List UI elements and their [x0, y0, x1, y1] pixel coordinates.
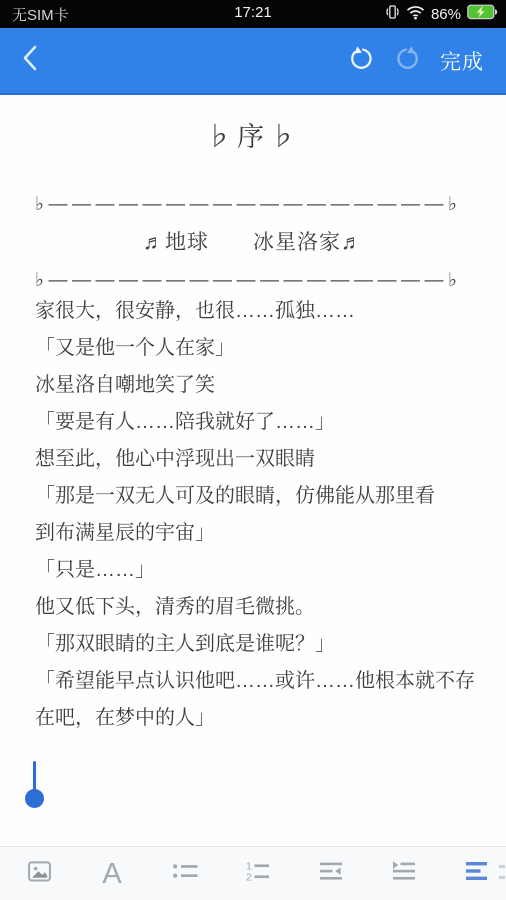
font-icon: A — [102, 859, 121, 889]
done-button[interactable]: 完成 — [430, 27, 506, 94]
battery-percent-label: 86% — [431, 6, 461, 23]
numbered-list-icon: 1 2 — [245, 859, 272, 888]
indent-icon — [391, 859, 417, 888]
cursor-drag-handle[interactable] — [25, 789, 44, 808]
align-left-button[interactable] — [462, 857, 492, 891]
bullet-list-button[interactable] — [170, 857, 200, 891]
text-line: 「那双眼睛的主人到底是谁呢？」 — [35, 626, 471, 663]
battery-charging-icon — [467, 4, 498, 24]
align-left-icon — [464, 859, 490, 888]
decorative-divider-top: ♭—————————————————♭ — [35, 193, 471, 217]
body-text: 家很大，很安静，也很……孤独…… 「又是他一个人在家」 冰星洛自嘲地笑了笑 「要… — [35, 293, 471, 737]
text-line: 到布满星辰的宇宙」 — [35, 515, 471, 552]
chapter-subtitle: ♬地球 冰星洛家♬ — [35, 229, 471, 257]
text-line: 家很大，很安静，也很……孤独…… — [35, 293, 471, 330]
wifi-icon — [406, 5, 425, 24]
text-line: 想至此，他心中浮现出一双眼睛 — [35, 441, 471, 478]
next-tool-partial-icon[interactable] — [499, 857, 506, 889]
num2-glyph: 2 — [246, 872, 252, 884]
outdent-button[interactable] — [316, 857, 346, 891]
insert-image-button[interactable] — [24, 857, 54, 891]
numbered-list-button[interactable]: 1 2 — [243, 857, 273, 891]
text-line: 冰星洛自嘲地笑了笑 — [35, 367, 471, 404]
back-chevron-icon — [21, 44, 39, 77]
editor-app-bar: 完成 — [0, 28, 506, 95]
text-line: 「又是他一个人在家」 — [35, 330, 471, 367]
vibrate-icon — [385, 4, 400, 25]
status-bar: 无SIM卡 17:21 86% — [0, 0, 506, 28]
undo-icon — [348, 45, 375, 77]
bullet-list-icon — [172, 859, 199, 888]
format-toolbar: A 1 2 — [0, 846, 506, 900]
text-line: 「那是一双无人可及的眼睛，仿佛能从那里看 — [35, 478, 471, 515]
redo-button[interactable] — [384, 27, 430, 94]
text-line: 「要是有人……陪我就好了……」 — [35, 404, 471, 441]
chapter-title: ♭序♭ — [35, 121, 471, 153]
undo-button[interactable] — [338, 27, 384, 94]
text-line: 「希望能早点认识他吧……或许……他根本就不存 — [35, 663, 471, 700]
redo-icon — [394, 45, 421, 77]
text-line: 在吧，在梦中的人」 — [35, 700, 471, 737]
editor-content[interactable]: ♭序♭ ♭—————————————————♭ ♬地球 冰星洛家♬ ♭—————… — [0, 97, 506, 846]
image-icon — [27, 859, 52, 889]
decorative-divider-bottom: ♭—————————————————♭ — [35, 269, 471, 293]
font-style-button[interactable]: A — [97, 857, 127, 891]
text-line: 「只是……」 — [35, 552, 471, 589]
text-line: 他又低下头，清秀的眉毛微挑。 — [35, 589, 471, 626]
outdent-icon — [318, 859, 344, 888]
indent-button[interactable] — [389, 857, 419, 891]
back-button[interactable] — [0, 27, 60, 94]
